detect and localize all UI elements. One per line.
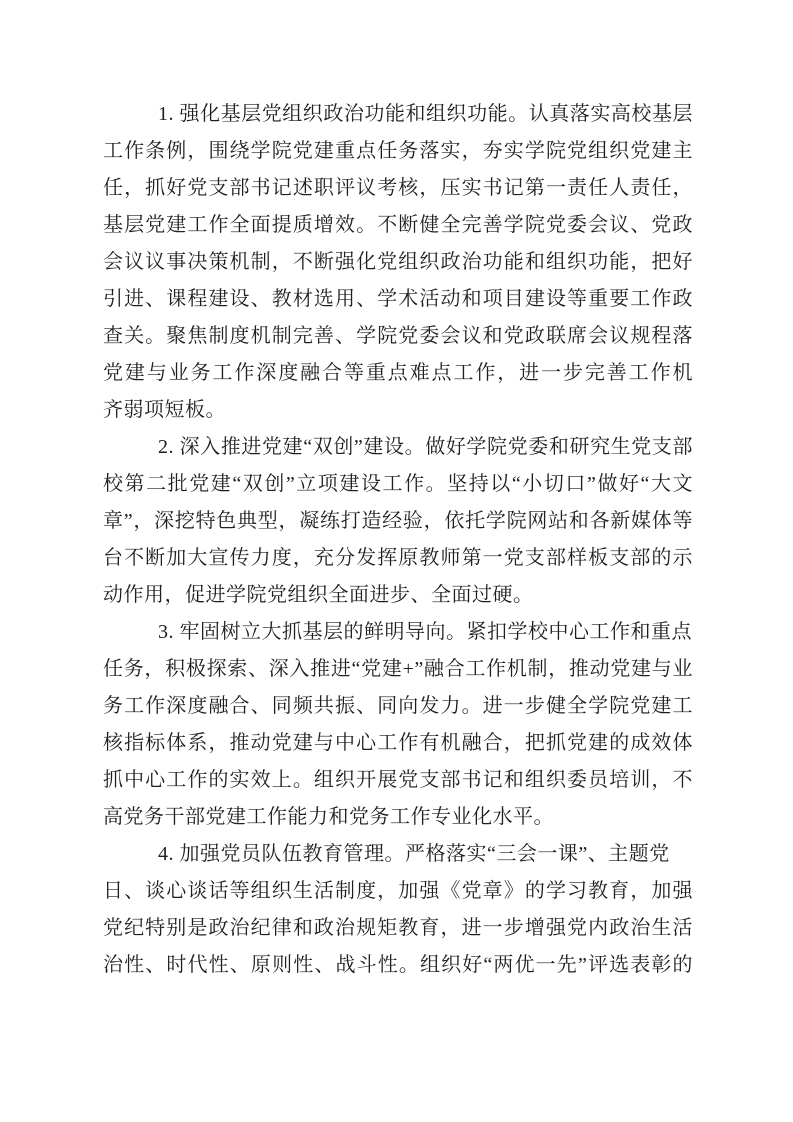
paragraph-3: 3. 牢固树立大抓基层的鲜明导向。紧扣学校中心工作和重点 任务，积极探索、深入推…: [103, 614, 693, 836]
text-line: 党建与业务工作深度融合等重点难点工作，进一步完善工作机制，补: [103, 355, 693, 392]
text-line: 任，抓好党支部书记述职评议考核，压实书记第一责任人责任，推动: [103, 170, 693, 207]
text-line: 党纪特别是政治纪律和政治规矩教育，进一步增强党内政治生活的政: [103, 910, 693, 947]
paragraph-4: 4. 加强党员队伍教育管理。严格落实“三会一课”、主题党 日、谈心谈话等组织生活…: [103, 836, 693, 984]
paragraph-2: 2. 深入推进党建“双创”建设。做好学院党委和研究生党支部学 校第二批党建“双创…: [103, 429, 693, 614]
text-line: 任务，积极探索、深入推进“党建+”融合工作机制，推动党建与业: [103, 651, 693, 688]
text-line: 查关。聚焦制度机制完善、学院党委会议和党政联席会议规程落实、: [103, 318, 693, 355]
text-line: 4. 加强党员队伍教育管理。严格落实“三会一课”、主题党: [103, 836, 693, 873]
text-line: 1. 强化基层党组织政治功能和组织功能。认真落实高校基层组织: [103, 96, 693, 133]
text-line: 日、谈心谈话等组织生活制度，加强《党章》的学习教育，加强党规: [103, 873, 693, 910]
text-line: 3. 牢固树立大抓基层的鲜明导向。紧扣学校中心工作和重点: [103, 614, 693, 651]
text-line: 台不断加大宣传力度，充分发挥原教师第一党支部样板支部的示范带: [103, 540, 693, 577]
text-line: 工作条例，围绕学院党建重点任务落实，夯实学院党组织党建主体责: [103, 133, 693, 170]
text-line: 2. 深入推进党建“双创”建设。做好学院党委和研究生党支部学: [103, 429, 693, 466]
document-page: 1. 强化基层党组织政治功能和组织功能。认真落实高校基层组织 工作条例，围绕学院…: [0, 0, 793, 1122]
text-line: 引进、课程建设、教材选用、学术活动和项目建设等重要工作政治审: [103, 281, 693, 318]
text-line: 会议议事决策机制，不断强化党组织政治功能和组织功能，把好教师: [103, 244, 693, 281]
text-line: 治性、时代性、原则性、战斗性。组织好“两优一先”评选表彰的推: [103, 947, 693, 984]
text-line: 务工作深度融合、同频共振、同向发力。进一步健全学院党建工作考: [103, 688, 693, 725]
text-line: 动作用，促进学院党组织全面进步、全面过硬。: [103, 577, 693, 614]
text-line: 抓中心工作的实效上。组织开展党支部书记和组织委员培训，不断提: [103, 762, 693, 799]
paragraph-1: 1. 强化基层党组织政治功能和组织功能。认真落实高校基层组织 工作条例，围绕学院…: [103, 96, 693, 429]
text-line: 高党务干部党建工作能力和党务工作专业化水平。: [103, 799, 693, 836]
text-line: 齐弱项短板。: [103, 392, 693, 429]
text-line: 基层党建工作全面提质增效。不断健全完善学院党委会议、党政联席: [103, 207, 693, 244]
text-line: 校第二批党建“双创”立项建设工作。坚持以“小切口”做好“大文: [103, 466, 693, 503]
text-line: 核指标体系，推动党建与中心工作有机融合，把抓党建的成效体现在: [103, 725, 693, 762]
text-line: 章”，深挖特色典型，凝练打造经验，依托学院网站和各新媒体等平: [103, 503, 693, 540]
